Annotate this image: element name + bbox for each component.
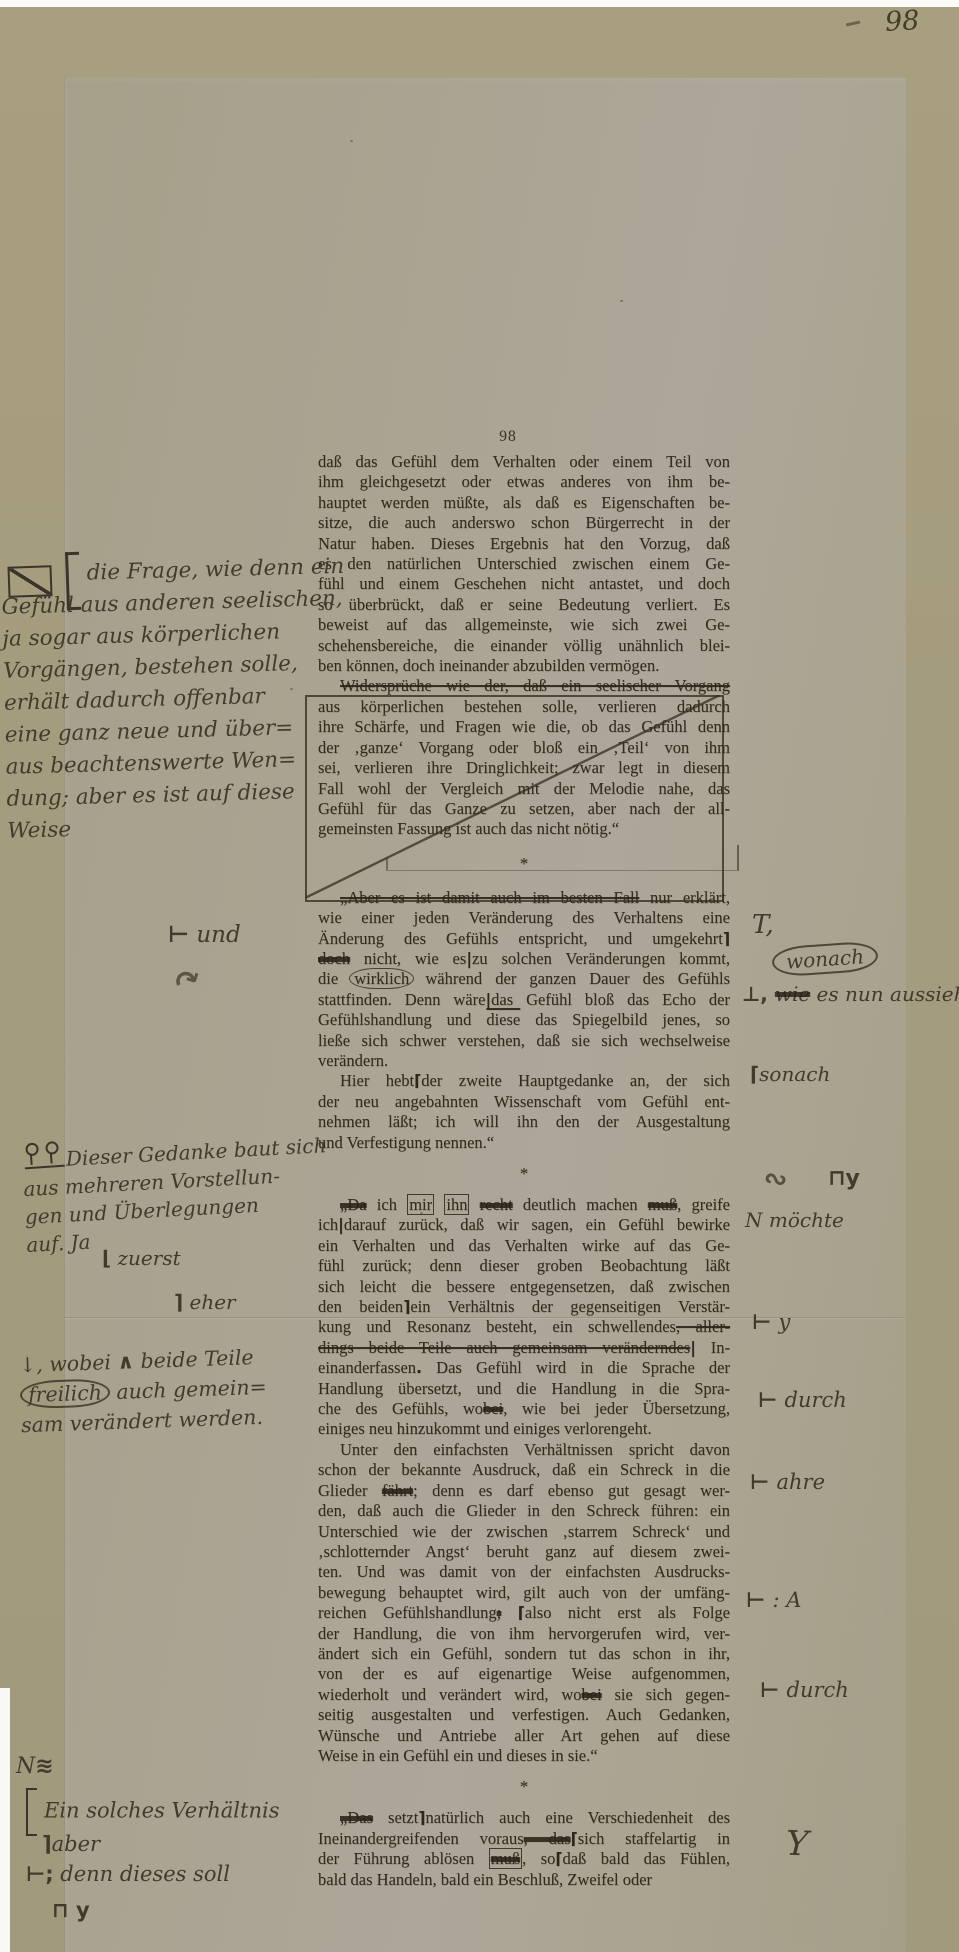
text-segment: Handlung übersetzt, und die Handlung in …: [318, 1379, 730, 1398]
printed-line: kung und Resonanz besteht, ein schwellen…: [318, 1317, 730, 1337]
text-segment: zu solchen Veränderungen kommt,: [472, 949, 730, 968]
text-segment: ihm gleichgesetzt oder etwas anderes von…: [318, 472, 730, 491]
printed-line: „Aber es ist damit auch im besten Fall n…: [318, 888, 730, 908]
edited-segment: bei: [483, 1399, 503, 1418]
edited-segment: recht: [480, 1195, 513, 1214]
text-segment: ‚schlotternder Angst‘ beruht ganz auf di…: [318, 1542, 730, 1561]
text-segment: Unter den einfachsten Verhältnissen spri…: [340, 1440, 730, 1459]
printed-line: ändert sich ein Gefühl, sondern tut das …: [318, 1644, 730, 1664]
scanned-manuscript-page: 98 98 daß das Gefühl dem Verhalten oder …: [0, 0, 959, 1952]
printed-line: sich leicht die bessere entgegensetzen, …: [318, 1277, 730, 1297]
text-segment: aus körperlichen bestehen solle, verlier…: [318, 697, 730, 716]
circled-word-freilich: freilich: [20, 1378, 111, 1409]
margin-note-wobei: ↓, wobei ∧ beide Teile freilich auch gem…: [19, 1342, 269, 1441]
text-segment: reichen Gefühlshandlung: [318, 1603, 497, 1622]
text-segment: Unterschied wie der zwischen ‚starrem Sc…: [318, 1522, 730, 1541]
printed-line: Gefühlshandlung und diese das Spiegelbil…: [318, 1010, 730, 1030]
text-segment: so überbrückt, daß er seine Bedeutung ve…: [318, 595, 730, 614]
caret-icon: ∧: [117, 1349, 134, 1374]
text-segment: den beiden: [318, 1297, 403, 1316]
printed-line: Unter den einfachsten Verhältnissen spri…: [318, 1440, 730, 1460]
text-segment: beweist auf das allgemeinste, wie sich z…: [318, 615, 730, 634]
edited-segment: diese: [486, 1010, 520, 1029]
text-segment: Fall wohl der Vergleich mit der Melodie …: [318, 779, 730, 798]
handwritten-folio-number: 98: [884, 5, 920, 38]
printed-line: den beiden⌉ein Verhältnis der gegenseiti…: [318, 1297, 730, 1317]
section-divider-star: *: [318, 1153, 730, 1195]
insert-mark-icon: ⊢: [750, 1470, 777, 1494]
text-segment: daß das Gefühl dem Verhalten oder einem …: [318, 452, 730, 471]
printed-line: gemeinsten Fassung ist auch das nicht nö…: [318, 819, 730, 839]
text-segment: wiederholt und verändert wird, wo: [318, 1685, 582, 1704]
margin-note-zuerst-word: zuerst: [118, 1246, 181, 1270]
note-text: durch: [785, 1388, 847, 1412]
text-segment: den, daß auch die Glieder in den Schreck…: [318, 1501, 730, 1520]
printed-line: von der es auf eigenartige Weise aufgeno…: [318, 1664, 730, 1684]
margin-note-colon-a: ⊢ : A: [746, 1588, 801, 1612]
printed-line: ihre Schärfe, und Fragen wie die, ob das…: [318, 717, 730, 737]
text-segment: ein Verhältnis der gegenseitigen Verstär…: [410, 1297, 730, 1316]
text-segment: der Führung ablösen: [318, 1849, 489, 1868]
text-segment: Weise in ein Gefühl ein und dieses in si…: [318, 1746, 598, 1765]
printed-line: ein Verhalten und das Verhalten wirke au…: [318, 1236, 730, 1256]
printed-line: der Führung ablösen muß, so⌈daß bald das…: [318, 1849, 730, 1869]
text-segment: sitze, die auch anderswo schon Bürgerrec…: [318, 513, 730, 532]
printed-line: Fall wohl der Vergleich mit der Melodie …: [318, 779, 730, 799]
printed-line: Widersprüche wie der, daß ein seelischer…: [318, 676, 730, 696]
printed-line: nehmen läßt; ich will ihn den der Ausges…: [318, 1112, 730, 1132]
wobei-rest: auch gemein=: [109, 1375, 267, 1404]
text-segment: ließe sich schwer verstehen, daß sie sic…: [318, 1031, 730, 1050]
margin-note-und-word: und: [196, 922, 240, 948]
text-segment: ändert sich ein Gefühl, sondern tut das …: [318, 1644, 730, 1663]
printed-line: Ineinandergreifenden voraus, das⌈sich st…: [318, 1829, 730, 1849]
text-segment: der Handlung, die von ihm hervorgerufen …: [318, 1624, 730, 1643]
insert-mark-icon: ⊢: [746, 1588, 773, 1612]
insert-mark-icon: ⊢;: [26, 1862, 54, 1886]
printed-line: und Verfestigung nennen.“: [318, 1133, 730, 1153]
printed-line: einanderfassen. Das Gefühl wird in die S…: [318, 1358, 730, 1378]
printed-line: stattfinden. Denn wäre|das Gefühl bloß d…: [318, 990, 730, 1010]
text-segment: verändern.: [318, 1051, 388, 1070]
printed-line: ben können, doch ineinander abzubilden v…: [318, 656, 730, 676]
edited-segment: wirklich: [349, 968, 414, 989]
text-segment: [501, 1603, 517, 1622]
printed-line: ihm gleichgesetzt oder etwas anderes von…: [318, 472, 730, 492]
edited-segment: muß: [648, 1195, 677, 1214]
printed-line: aus körperlichen bestehen solle, verlier…: [318, 697, 730, 717]
note-text: sonach: [759, 1062, 830, 1086]
printed-line: Wünsche und Antriebe aller Art gehen auf…: [318, 1726, 730, 1746]
margin-mark-t: T,: [752, 910, 774, 940]
printed-line: Unterschied wie der zwischen ‚starrem Sc…: [318, 1522, 730, 1542]
printed-line: der ‚ganze‘ Vorgang oder bloß ein ‚Teil‘…: [318, 738, 730, 758]
edited-segment: bei: [582, 1685, 602, 1704]
corner-mark-icon: ⌊: [102, 1246, 111, 1270]
wobei-pre: ↓, wobei: [19, 1350, 118, 1377]
text-segment: hauptet werden müßte, als daß es Eigensc…: [318, 493, 730, 512]
edited-segment: ⌈: [571, 1829, 578, 1848]
struck-word: wie: [775, 982, 810, 1006]
edited-segment: ⌈: [518, 1603, 525, 1622]
printed-line: daß das Gefühl dem Verhalten oder einem …: [318, 452, 730, 472]
text-segment: In-: [696, 1338, 730, 1357]
text-segment: Gefühl für das Ganze zu setzen, aber nac…: [318, 799, 730, 818]
printed-page-number: 98: [318, 428, 698, 446]
edited-segment: mir: [407, 1194, 434, 1215]
paper-speck: [620, 300, 623, 302]
margin-note-denn-dieses-soll: ⊢; denn dieses soll: [26, 1862, 230, 1886]
text-segment: der zweite Hauptgedanke an, der sich: [421, 1071, 730, 1090]
printed-line: den, daß auch die Glieder in den Schreck…: [318, 1501, 730, 1521]
printed-line: dings beide Teile auch gemeinsam verände…: [318, 1338, 730, 1358]
printed-line: hauptet werden müßte, als daß es Eigensc…: [318, 493, 730, 513]
printed-line: bald das Handeln, bald ein Beschluß, Zwe…: [318, 1870, 730, 1890]
edited-segment: muß: [489, 1848, 522, 1869]
text-segment: nehmen läßt; ich will ihn den der Ausges…: [318, 1112, 730, 1131]
text-segment: [434, 1195, 444, 1214]
text-segment: das Gefühl bloß das Echo der: [491, 990, 730, 1009]
margin-note-ein-solches: Ein solches Verhältnis: [26, 1788, 279, 1836]
text-segment: einanderfassen: [318, 1358, 416, 1377]
note-text: denn dieses soll: [54, 1862, 230, 1886]
text-segment: nur erklärt,: [639, 888, 730, 907]
printed-line: ich|darauf zurück, daß wir sagen, ein Ge…: [318, 1215, 730, 1235]
text-segment: schehensbereiche, die einander völlig un…: [318, 636, 730, 655]
text-segment: natürlich auch eine Verschiedenheit des: [425, 1808, 730, 1827]
edited-segment: , aller-: [676, 1317, 730, 1336]
margin-mark-box-y: ⊓ y: [52, 1898, 90, 1922]
text-segment: wie einer jeden Veränderung des Verhalte…: [318, 908, 730, 927]
printed-line: Handlung übersetzt, und die Handlung in …: [318, 1379, 730, 1399]
printed-line: es den natürlichen Unterschied zwischen …: [318, 554, 730, 574]
paper-speck: [350, 140, 353, 142]
printed-line: wie einer jeden Veränderung des Verhalte…: [318, 908, 730, 928]
printed-line: „Da ich mir ihn recht deutlich machen mu…: [318, 1195, 730, 1215]
corner-mark-icon: ⌉: [174, 1290, 183, 1314]
text-segment: fühl zurück; denn dieser groben Beobacht…: [318, 1256, 730, 1275]
edited-segment: fährt: [382, 1481, 413, 1500]
printed-line: der Handlung, die von ihm hervorgerufen …: [318, 1624, 730, 1644]
letter-n: N: [16, 1754, 35, 1779]
text-segment: sie sich gegen-: [602, 1685, 730, 1704]
margin-mark-h-y: ⊢ y: [752, 1310, 790, 1334]
printed-line: sei, verlieren ihre Dringlichkeit; zwar …: [318, 758, 730, 778]
margin-note-moechte: N möchte: [745, 1208, 844, 1232]
printed-line: doch nicht, wie es|zu solchen Veränderun…: [318, 949, 730, 969]
note-text: : A: [773, 1588, 802, 1612]
printed-line: der neu angebahnten Wissenschaft vom Gef…: [318, 1092, 730, 1112]
text-segment: Gefühlshandlung und: [318, 1010, 486, 1029]
text-segment: der ‚ganze‘ Vorgang oder bloß ein ‚Teil‘…: [318, 738, 730, 757]
printed-line: fühl zurück; denn dieser groben Beobacht…: [318, 1256, 730, 1276]
note-text: es nun aussieht: [810, 982, 959, 1006]
text-segment: Wünsche und Antriebe aller Art gehen auf…: [318, 1726, 730, 1745]
margin-note-zuerst: ⌊ zuerst: [102, 1246, 181, 1270]
text-segment: sich leicht die bessere entgegensetzen, …: [318, 1277, 730, 1296]
margin-note-durch: ⊢ durch: [758, 1388, 847, 1412]
text-segment: ten. Und was damit von der einfachsten A…: [318, 1562, 730, 1581]
corner-mark-icon: ⌈: [750, 1062, 759, 1086]
printed-line: einiges neu hinzukommt und einiges verlo…: [318, 1419, 730, 1439]
text-segment: ein Verhalten und das Verhalten wirke au…: [318, 1236, 730, 1255]
printed-line: fühl und einem Geschehen nicht antastet,…: [318, 574, 730, 594]
text-segment: Glieder: [318, 1481, 382, 1500]
margin-note-sonach: ⌈sonach: [750, 1062, 830, 1086]
text-segment: Das Gefühl wird in die Sprache der: [422, 1358, 730, 1377]
edited-segment: „Das: [340, 1808, 373, 1827]
text-segment: Natur haben. Dieses Ergebnis hat den Vor…: [318, 534, 730, 553]
text-segment: [469, 1195, 479, 1214]
note-text: aber: [52, 1832, 100, 1856]
printed-line: wiederholt und verändert wird, wobei sie…: [318, 1685, 730, 1705]
text-segment: ben können, doch ineinander abzubilden v…: [318, 656, 659, 675]
printed-text-column: daß das Gefühl dem Verhalten oder einem …: [318, 452, 730, 1890]
text-segment: Ineinandergreifenden voraus: [318, 1829, 524, 1848]
section-divider-star: *: [318, 1766, 730, 1808]
printed-line: schehensbereiche, die einander völlig un…: [318, 636, 730, 656]
text-segment: bewegung behauptet wird, gilt auch von d…: [318, 1583, 730, 1602]
text-segment: che des Gefühls, wo: [318, 1399, 483, 1418]
printed-line: die wirklich während der ganzen Dauer de…: [318, 969, 730, 989]
text-segment: , so: [522, 1849, 555, 1868]
text-segment: ; denn es darf ebenso gut gesagt wer-: [413, 1481, 730, 1500]
text-segment: seitig ausgestalten und verfestigen. Auc…: [318, 1705, 730, 1724]
insert-mark-icon: ⊢: [752, 1310, 779, 1334]
text-segment: sich staffelartig in: [578, 1829, 730, 1848]
printed-line: ‚schlotternder Angst‘ beruht ganz auf di…: [318, 1542, 730, 1562]
edited-segment: dings beide Teile auch gemeinsam verände…: [318, 1338, 690, 1357]
insert-mark-icon: ⊢: [758, 1388, 785, 1412]
text-segment: setzt: [373, 1808, 418, 1827]
text-segment: der neu angebahnten Wissenschaft vom Gef…: [318, 1092, 730, 1111]
text-segment: ich: [318, 1215, 338, 1234]
margin-note-es-nun-aussieht: ⊥, wie es nun aussieht: [742, 982, 959, 1006]
margin-mark-y: Y: [785, 1824, 809, 1865]
text-segment: , greife: [677, 1195, 730, 1214]
margin-note-durch: ⊢ durch: [760, 1678, 849, 1702]
printed-line: reichen Gefühlshandlung; ⌈also nicht ers…: [318, 1603, 730, 1623]
margin-mark-box-a: ⊓y: [828, 1166, 860, 1191]
printed-line: ließe sich schwer verstehen, daß sie sic…: [318, 1031, 730, 1051]
edited-segment: doch: [318, 949, 350, 968]
wobei-post: beide Teile: [134, 1345, 254, 1373]
printed-line: Gefühl für das Ganze zu setzen, aber nac…: [318, 799, 730, 819]
note-text: y: [779, 1310, 791, 1334]
text-segment: ich: [367, 1195, 408, 1214]
printed-line: bewegung behauptet wird, gilt auch von d…: [318, 1583, 730, 1603]
scan-edge: [0, 1688, 10, 1952]
editor-rule-mark: [386, 845, 739, 871]
text-segment: Hier hebt: [340, 1071, 414, 1090]
margin-note-ahre: ⊢ ahre: [750, 1470, 825, 1494]
margin-note-und: ⊢ und: [168, 922, 241, 948]
printed-line: ten. Und was damit von der einfachsten A…: [318, 1562, 730, 1582]
printed-line: „Das setzt⌉natürlich auch eine Verschied…: [318, 1808, 730, 1828]
printed-line: schon der bekannte Ausdruck, daß ein Sch…: [318, 1460, 730, 1480]
scribble-icon: ≋: [35, 1754, 53, 1779]
printed-line: verändern.: [318, 1051, 730, 1071]
text-segment: stattfinden. Denn wäre: [318, 990, 485, 1009]
printed-line: beweist auf das allgemeinste, wie sich z…: [318, 615, 730, 635]
text-segment: einiges neu hinzukommt und einiges verlo…: [318, 1419, 652, 1438]
note-text: durch: [787, 1678, 849, 1702]
text-segment: deutlich machen: [513, 1195, 648, 1214]
opening-bracket-icon: [26, 1788, 37, 1836]
margin-note-dieser-gedanke: Dieser Gedanke baut sichaus mehreren Vor…: [21, 1133, 296, 1259]
edited-segment: ⌉: [723, 929, 730, 948]
text-segment: bald das Handeln, bald ein Beschluß, Zwe…: [318, 1870, 652, 1889]
text-segment: gemeinsten Fassung ist auch das nicht nö…: [318, 819, 619, 838]
printed-line: sitze, die auch anderswo schon Bürgerrec…: [318, 513, 730, 533]
printed-line: Weise in ein Gefühl ein und dieses in si…: [318, 1746, 730, 1766]
insert-mark-icon: ⊢: [760, 1678, 787, 1702]
corner-mark-icon: ⌉: [42, 1832, 52, 1856]
text-segment: und Verfestigung nennen.“: [318, 1133, 494, 1152]
text-segment: also nicht erst als Folge: [525, 1603, 730, 1622]
printed-line: Natur haben. Dieses Ergebnis hat den Vor…: [318, 534, 730, 554]
margin-note-n-scribble: N≋: [16, 1754, 54, 1779]
margin-note-aber: ⌉aber: [42, 1832, 100, 1856]
text-segment: darauf zurück, daß wir sagen, ein Gefühl…: [344, 1215, 730, 1234]
printed-line: seitig ausgestalten und verfestigen. Auc…: [318, 1705, 730, 1725]
text-segment: von der es auf eigenartige Weise aufgeno…: [318, 1664, 730, 1683]
edited-segment: , das: [524, 1829, 571, 1848]
insert-mark-icon: ⊥,: [742, 982, 775, 1006]
edited-segment: ihn: [444, 1194, 469, 1215]
printed-line: Glieder fährt; denn es darf ebenso gut g…: [318, 1481, 730, 1501]
text-segment: es den natürlichen Unterschied zwischen …: [318, 554, 730, 573]
margin-note-die-frage: die Frage, wie denn einGefühl aus andere…: [0, 552, 299, 848]
text-segment: Änderung des Gefühls entspricht, und umg…: [318, 929, 723, 948]
printed-line: Hier hebt⌈der zweite Hauptgedanke an, de…: [318, 1071, 730, 1091]
text-segment: daß bald das Fühlen,: [562, 1849, 730, 1868]
text-segment: kung und Resonanz besteht, ein schwellen…: [318, 1317, 676, 1336]
insert-mark-icon: ⊢: [168, 922, 189, 948]
edited-segment: „Da: [340, 1195, 367, 1214]
text-segment: das Spiegelbild jenes, so: [520, 1010, 730, 1029]
text-segment: nicht, wie es: [350, 949, 466, 968]
note-text: ahre: [777, 1470, 826, 1494]
printed-line: so überbrückt, daß er seine Bedeutung ve…: [318, 595, 730, 615]
text-segment: sei, verlieren ihre Dringlichkeit; zwar …: [318, 758, 730, 777]
text-segment: ihre Schärfe, und Fragen wie die, ob das…: [318, 717, 730, 736]
edited-segment: Widersprüche wie der, daß ein seelischer…: [340, 676, 730, 695]
text-segment: fühl und einem Geschehen nicht antastet,…: [318, 574, 730, 593]
text-segment: die: [318, 969, 351, 988]
text-segment: während der ganzen Dauer des Gefühls: [412, 969, 730, 988]
note-text: Ein solches Verhältnis: [44, 1799, 279, 1823]
printed-line: Änderung des Gefühls entspricht, und umg…: [318, 929, 730, 949]
printed-line: che des Gefühls, wobei, wie bei jeder Üb…: [318, 1399, 730, 1419]
edited-segment: „Aber es ist damit auch im besten Fall: [340, 888, 639, 907]
text-segment: schon der bekannte Ausdruck, daß ein Sch…: [318, 1460, 730, 1479]
margin-note-eher: ⌉ eher: [174, 1290, 236, 1314]
text-segment: , wie bei jeder Übersetzung,: [503, 1399, 730, 1418]
margin-note-eher-word: eher: [190, 1290, 236, 1314]
